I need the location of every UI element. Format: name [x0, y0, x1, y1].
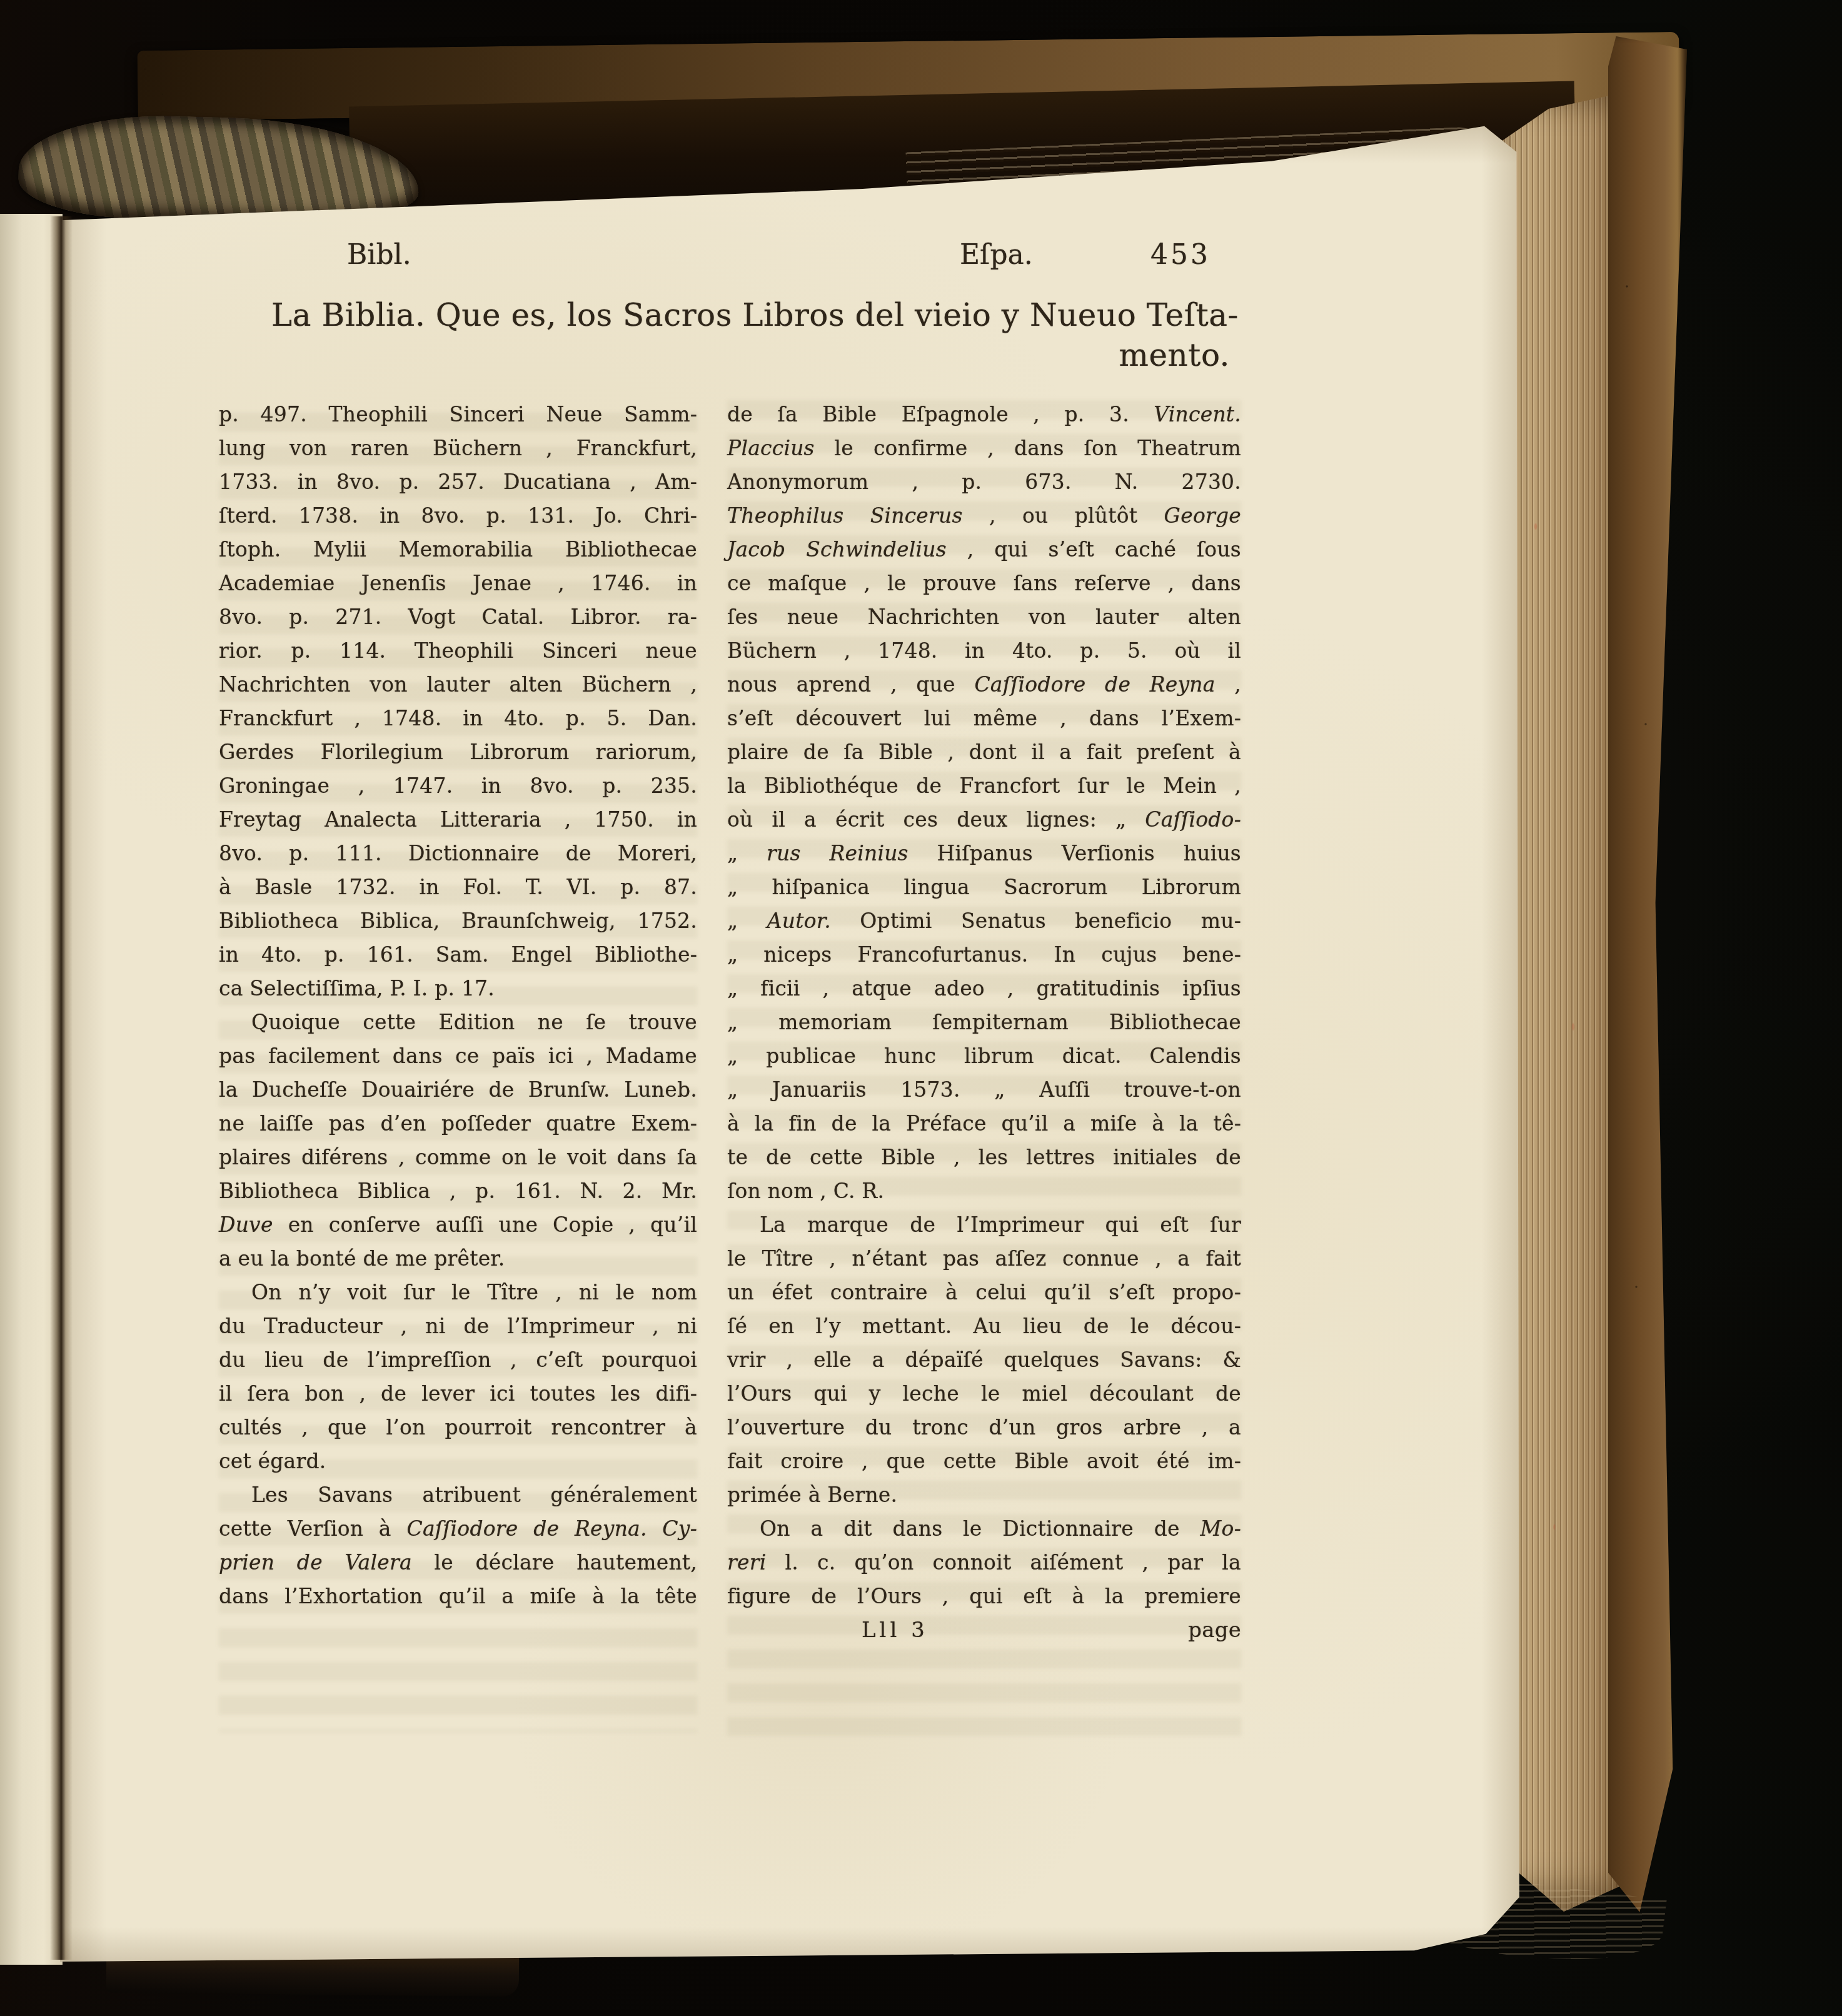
- text-line: nous aprend , que Caſſiodore de Reyna ,: [727, 668, 1241, 702]
- text-line: te de cette Bible , les lettres initiale…: [727, 1141, 1241, 1174]
- gathering-signature: Lll 3: [862, 1613, 929, 1647]
- text-segment: „: [727, 909, 767, 933]
- text-segment: l. c. qu’on connoit aiſément , par la: [766, 1550, 1241, 1575]
- text-line: in 4to. p. 161. Sam. Engel Bibliothe-: [219, 938, 697, 972]
- text-line: reri l. c. qu’on connoit aiſément , par …: [727, 1546, 1241, 1580]
- text-line: primée à Berne.: [727, 1478, 1241, 1512]
- text-segment: où il a écrit ces deux lignes: „: [727, 807, 1145, 832]
- text-line: a eu la bonté de me prêter.: [219, 1242, 697, 1276]
- text-line: du Traducteur , ni de l’Imprimeur , ni: [219, 1309, 697, 1343]
- text-segment: de ſa Bible Eſpagnole , p. 3.: [727, 402, 1154, 426]
- text-line: le Tître , n’étant pas aſſez connue , a …: [727, 1242, 1241, 1276]
- text-line: „ memoriam ſempiternam Bibliothecae: [727, 1005, 1241, 1039]
- italic-text-segment: George: [1164, 503, 1241, 528]
- text-line: „ ficii , atque adeo , gratitudinis ipſi…: [727, 972, 1241, 1005]
- text-line: ſterd. 1738. in 8vo. p. 131. Jo. Chri-: [219, 499, 697, 533]
- text-line: ſes neue Nachrichten von lauter alten: [727, 600, 1241, 634]
- text-line: Duve en conſerve auſſi une Copie , qu’il: [219, 1208, 697, 1242]
- text-line: Nachrichten von lauter alten Büchern ,: [219, 668, 697, 702]
- text-segment: , ou plûtôt: [963, 503, 1164, 528]
- text-line: s’eſt découvert lui même , dans l’Exem-: [727, 702, 1241, 735]
- text-segment: ,: [1215, 672, 1241, 697]
- italic-text-segment: prien de Valera: [219, 1550, 412, 1575]
- text-line: la Bibliothéque de Francfort ſur le Mein…: [727, 769, 1241, 803]
- italic-text-segment: reri: [727, 1550, 766, 1575]
- text-line: pas facilement dans ce païs ici , Madame: [219, 1039, 697, 1073]
- text-columns: p. 497. Theophili Sinceri Neue Samm- lun…: [219, 398, 1241, 1647]
- italic-text-segment: Caſſiodore de Reyna: [974, 672, 1215, 697]
- text-line: On a dit dans le Dictionnaire de Mo-: [727, 1512, 1241, 1546]
- text-line: „ Januariis 1573. „ Auſſi trouve-t-on: [727, 1073, 1241, 1107]
- text-line: à la fin de la Préface qu’il a miſe à la…: [727, 1107, 1241, 1141]
- text-line: p. 497. Theophili Sinceri Neue Samm-: [219, 398, 697, 431]
- text-line: 8vo. p. 111. Dictionnaire de Moreri,: [219, 837, 697, 870]
- text-segment: , qui s’eſt caché ſous: [947, 537, 1241, 562]
- text-line: l’Ours qui y leche le miel découlant de: [727, 1377, 1241, 1411]
- text-line: il ſera bon , de lever ici toutes les di…: [219, 1377, 697, 1411]
- running-head-center: Eſpa.: [960, 239, 1033, 271]
- text-line: Quoique cette Edition ne ſe trouve: [219, 1005, 697, 1039]
- text-segment: „: [727, 841, 767, 865]
- text-line: ce maſque , le prouve ſans reſerve , dan…: [727, 567, 1241, 600]
- text-line: „ niceps Francofurtanus. In cujus bene-: [727, 938, 1241, 972]
- text-line: prien de Valera le déclare hautement,: [219, 1546, 697, 1580]
- catchword: page: [1188, 1613, 1241, 1647]
- text-line: ſé en l’y mettant. Au lieu de le décou-: [727, 1309, 1241, 1343]
- text-segment: le déclare hautement,: [412, 1550, 697, 1575]
- text-line: à Basle 1732. in Fol. T. VI. p. 87.: [219, 870, 697, 904]
- text-line: Placcius le confirme , dans ſon Theatrum: [727, 431, 1241, 465]
- italic-text-segment: Mo-: [1200, 1516, 1241, 1541]
- italic-text-segment: Caſſiodo-: [1145, 807, 1241, 832]
- text-line: plaires diférens , comme on le voit dans…: [219, 1141, 697, 1174]
- text-line: Büchern , 1748. in 4to. p. 5. où il: [727, 634, 1241, 668]
- entry-title: La Biblia. Que es, los Sacros Libros del…: [219, 295, 1241, 375]
- italic-text-segment: Duve: [219, 1212, 273, 1237]
- italic-text-segment: Autor.: [767, 909, 831, 933]
- text-segment: cette Verſion à: [219, 1516, 406, 1541]
- text-line: ca Selectiſſima, P. I. p. 17.: [219, 972, 697, 1005]
- text-line: Bibliotheca Biblica , p. 161. N. 2. Mr.: [219, 1174, 697, 1208]
- text-line: La marque de l’Imprimeur qui eſt ſur: [727, 1208, 1241, 1242]
- text-line: Academiae Jenenſis Jenae , 1746. in: [219, 567, 697, 600]
- text-line: Franckfurt , 1748. in 4to. p. 5. Dan.: [219, 702, 697, 735]
- text-line: „ hiſpanica lingua Sacrorum Librorum: [727, 870, 1241, 904]
- text-line: vrir , elle a dépaïſé quelques Savans: &: [727, 1343, 1241, 1377]
- text-line: Anonymorum , p. 673. N. 2730.: [727, 465, 1241, 499]
- italic-text-segment: Jacob Schwindelius: [727, 537, 947, 562]
- text-line: Bibliotheca Biblica, Braunſchweig, 1752.: [219, 904, 697, 938]
- italic-text-segment: Caſſiodore de Reyna. Cy-: [406, 1516, 697, 1541]
- text-line: Gerdes Florilegium Librorum rariorum,: [219, 735, 697, 769]
- text-line: rior. p. 114. Theophili Sinceri neue: [219, 634, 697, 668]
- entry-title-line: mento.: [219, 335, 1241, 375]
- italic-text-segment: rus Reinius: [767, 841, 908, 865]
- text-line: ne laiſſe pas d’en poſſeder quatre Exem-: [219, 1107, 697, 1141]
- text-segment: Hiſpanus Verſionis huius: [908, 841, 1241, 865]
- italic-text-segment: Theophilus Sincerus: [727, 503, 963, 528]
- text-line: fait croire , que cette Bible avoit été …: [727, 1444, 1241, 1478]
- italic-text-segment: Placcius: [727, 436, 815, 460]
- italic-text-segment: Vincent.: [1154, 402, 1241, 426]
- text-line: du lieu de l’impreſſion , c’eſt pourquoi: [219, 1343, 697, 1377]
- text-line: où il a écrit ces deux lignes: „ Caſſiod…: [727, 803, 1241, 837]
- signature-row: Lll 3 page: [727, 1613, 1241, 1647]
- text-segment: On a dit dans le Dictionnaire de: [760, 1516, 1200, 1541]
- text-line: cultés , que l’on pourroit rencontrer à: [219, 1411, 697, 1444]
- entry-title-line: La Biblia. Que es, los Sacros Libros del…: [219, 295, 1241, 335]
- text-line: „ publicae hunc librum dicat. Calendis: [727, 1039, 1241, 1073]
- text-line: ſon nom , C. R.: [727, 1174, 1241, 1208]
- text-segment: en conſerve auſſi une Copie , qu’il: [273, 1212, 697, 1237]
- text-line: Freytag Analecta Litteraria , 1750. in: [219, 803, 697, 837]
- page-number: 453: [1150, 239, 1210, 271]
- text-line: Jacob Schwindelius , qui s’eſt caché ſou…: [727, 533, 1241, 567]
- text-line: la Ducheſſe Douairiére de Brunſw. Luneb.: [219, 1073, 697, 1107]
- text-line: de ſa Bible Eſpagnole , p. 3. Vincent.: [727, 398, 1241, 431]
- text-line: Les Savans atribuent généralement: [219, 1478, 697, 1512]
- running-head: Bibl. Eſpa. 453: [219, 239, 1241, 276]
- text-line: On n’y voit ſur le Tître , ni le nom: [219, 1276, 697, 1309]
- left-column: p. 497. Theophili Sinceri Neue Samm- lun…: [219, 398, 697, 1647]
- gutter-shadow: [50, 216, 73, 1960]
- text-segment: nous aprend , que: [727, 672, 974, 697]
- text-line: ſtoph. Mylii Memorabilia Bibliothecae: [219, 533, 697, 567]
- text-line: dans l’Exhortation qu’il a miſe à la têt…: [219, 1580, 697, 1613]
- text-line: „ rus Reinius Hiſpanus Verſionis huius: [727, 837, 1241, 870]
- text-line: „ Autor. Optimi Senatus beneficio mu-: [727, 904, 1241, 938]
- text-line: plaire de ſa Bible , dont il a fait preſ…: [727, 735, 1241, 769]
- right-column: de ſa Bible Eſpagnole , p. 3. Vincent. P…: [727, 398, 1241, 1647]
- text-line: figure de l’Ours , qui eſt à la premiere: [727, 1580, 1241, 1613]
- book-page: Bibl. Eſpa. 453 La Biblia. Que es, los S…: [60, 119, 1519, 1963]
- text-line: cet égard.: [219, 1444, 697, 1478]
- text-line: Theophilus Sincerus , ou plûtôt George: [727, 499, 1241, 533]
- text-line: l’ouverture du tronc d’un gros arbre , a: [727, 1411, 1241, 1444]
- text-segment: Optimi Senatus beneficio mu-: [831, 909, 1241, 933]
- text-line: lung von raren Büchern , Franckfurt,: [219, 431, 697, 465]
- running-head-left: Bibl.: [347, 239, 411, 271]
- text-segment: le confirme , dans ſon Theatrum: [815, 436, 1241, 460]
- text-line: 1733. in 8vo. p. 257. Ducatiana , Am-: [219, 465, 697, 499]
- text-line: cette Verſion à Caſſiodore de Reyna. Cy-: [219, 1512, 697, 1546]
- text-line: un éfet contraire à celui qu’il s’eſt pr…: [727, 1276, 1241, 1309]
- text-line: 8vo. p. 271. Vogt Catal. Libror. ra-: [219, 600, 697, 634]
- text-line: Groningae , 1747. in 8vo. p. 235.: [219, 769, 697, 803]
